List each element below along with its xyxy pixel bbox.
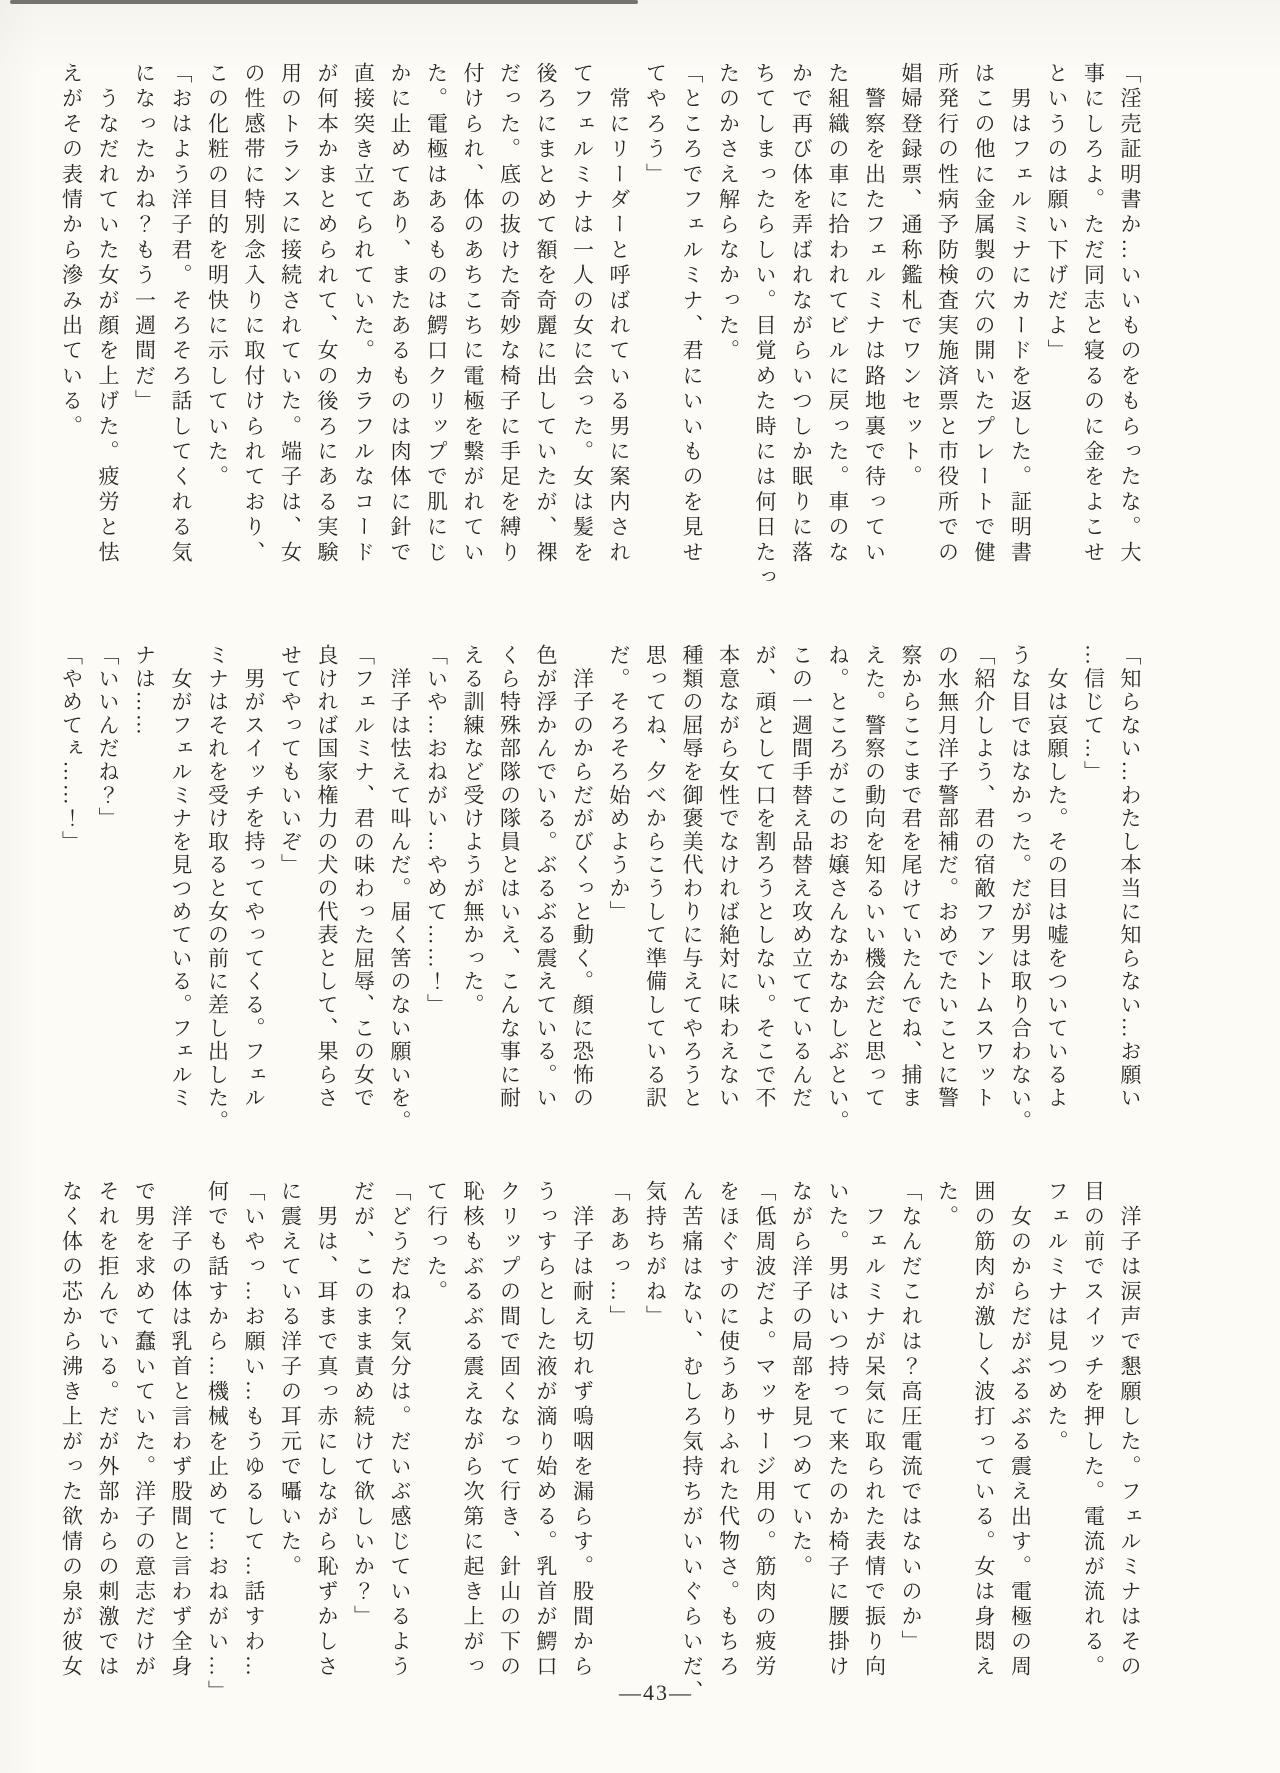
text-column: 囲の筋肉が激しく波打っている。女は身悶え: [966, 1180, 1003, 1706]
text-column: 女のからだがぶるぶる震え出す。電極の周: [1002, 1180, 1039, 1706]
text-column: 直接突き立てられていた。カラフルなコード: [345, 62, 382, 596]
text-column: いた。男はいつ持って来たのか椅子に腰掛け: [820, 1180, 857, 1706]
text-column: 男は、耳まで真っ赤にしながら恥ずかしさ: [309, 1180, 346, 1706]
text-column: えがその表情から滲み出ている。: [53, 62, 90, 596]
text-column: かで再び体を弄ばれながらいつしか眠りに落: [783, 62, 820, 596]
text-column: の性感帯に特別念入りに取付けられており、: [236, 62, 273, 596]
text-column: …信じて…」: [1075, 644, 1112, 1136]
text-column: てフェルミナは一人の女に会った。女は髪を: [564, 62, 601, 596]
text-column: ん苦痛はない、むしろ気持ちがいいぐらいだ、: [674, 1180, 711, 1706]
text-column: ながら洋子の局部を見つめていた。: [783, 1180, 820, 1706]
text-column: 男がスイッチを持ってやってくる。フェル: [236, 644, 273, 1136]
text-column: 良ければ国家権力の犬の代表として、果らさ: [309, 644, 346, 1136]
text-column: 洋子は怯えて叫んだ。届く筈のない願いを。: [382, 644, 419, 1136]
text-block-bottom: 洋子は涙声で懇願した。フェルミナはその目の前でスイッチを押した。電流が流れる。フ…: [52, 1180, 1148, 1706]
text-column: 何でも話すから…機械を止めて…おねがい…」: [199, 1180, 236, 1706]
text-column: が何本かまとめられて、女の後ろにある実験: [309, 62, 346, 596]
text-column: 所発行の性病予防検査実施済票と市役所での: [929, 62, 966, 596]
text-column: の水無月洋子警部補だ。おめでたいことに警: [929, 644, 966, 1136]
text-column: 洋子の体は乳首と言わず股間と言わず全身: [163, 1180, 200, 1706]
text-column: えた。警察の動向を知るいい機会だと思って: [856, 644, 893, 1136]
text-column: 察からここまで君を尾けていたんでね、捕ま: [893, 644, 930, 1136]
text-column: 洋子は涙声で懇願した。フェルミナはその: [1112, 1180, 1149, 1706]
text-column: てやろう」: [637, 62, 674, 596]
text-column: た組織の車に拾われてビルに戻った。車のな: [820, 62, 857, 596]
text-column: 「知らない…わたし本当に知らない…お願い: [1112, 644, 1149, 1136]
text-column: た。電極はあるものは鰐口クリップで肌にじ: [418, 62, 455, 596]
text-column: 常にリーダーと呼ばれている男に案内され: [601, 62, 638, 596]
text-column: 「いやっ…お願い…もうゆるして…話すわ…: [236, 1180, 273, 1706]
text-column: 用のトランスに接続されていた。端子は、女: [272, 62, 309, 596]
text-column: 気持ちがね」: [637, 1180, 674, 1706]
text-column: をほぐすのに使うありふれた代物さ。もちろ: [710, 1180, 747, 1706]
text-column: 「ああっ…」: [601, 1180, 638, 1706]
text-column: この一週間手替え品替え攻め立てているんだ: [783, 644, 820, 1136]
text-column: というのは願い下げだよ」: [1039, 62, 1076, 596]
text-column: うっすらとした液が滴り始める。乳首が鰐口: [528, 1180, 565, 1706]
text-column: 「やめてぇ……！」: [53, 644, 90, 1136]
text-column: て行った。: [418, 1180, 455, 1706]
text-column: クリップの間で固くなって行き、針山の下の: [491, 1180, 528, 1706]
text-column: 付けられ、体のあちこちに電極を繋がれてい: [455, 62, 492, 596]
text-column: に震えている洋子の耳元で囁いた。: [272, 1180, 309, 1706]
text-block-top: 「淫売証明書か…いいものをもらったな。大事にしろよ。ただ同志と寝るのに金をよこせ…: [52, 62, 1148, 596]
text-column: 男はフェルミナにカードを返した。証明書: [1002, 62, 1039, 596]
text-column: 「いいんだね？」: [90, 644, 127, 1136]
text-column: うなだれていた女が顔を上げた。疲労と怯: [90, 62, 127, 596]
text-column: 「おはよう洋子君。そろそろ話してくれる気: [163, 62, 200, 596]
page-number: ―43―: [560, 1680, 752, 1706]
text-column: 事にしろよ。ただ同志と寝るのに金をよこせ: [1075, 62, 1112, 596]
text-column: になったかね？もう一週間だ」: [126, 62, 163, 596]
text-column: える訓練など受けようが無かった。: [455, 644, 492, 1136]
text-column: 「フェルミナ、君の味わった屈辱、この女で: [345, 644, 382, 1136]
text-column: だ。そろそろ始めようか」: [601, 644, 638, 1136]
text-column: 本意ながら女性でなければ絶対に味わえない: [710, 644, 747, 1136]
scan-edge-artifact: [10, 0, 638, 4]
text-column: 洋子のからだがびくっと動く。顔に恐怖の: [564, 644, 601, 1136]
text-column: かに止めてあり、またあるものは肉体に針で: [382, 62, 419, 596]
text-column: フェルミナは見つめた。: [1039, 1180, 1076, 1706]
text-column: 女がフェルミナを見つめている。フェルミ: [163, 644, 200, 1136]
text-column: 「低周波だよ。マッサージ用の。筋肉の疲労: [747, 1180, 784, 1706]
text-column: 娼婦登録票、通称鑑札でワンセット。: [893, 62, 930, 596]
text-column: 思ってね、夕べからこうして準備している訳: [637, 644, 674, 1136]
text-column: 「なんだこれは？高圧電流ではないのか」: [893, 1180, 930, 1706]
text-column: 女は哀願した。その目は嘘をついているよ: [1039, 644, 1076, 1136]
text-column: 色が浮かんでいる。ぶるぶる震えている。い: [528, 644, 565, 1136]
text-column: くら特殊部隊の隊員とはいえ、こんな事に耐: [491, 644, 528, 1136]
scanned-book-page: 「淫売証明書か…いいものをもらったな。大事にしろよ。ただ同志と寝るのに金をよこせ…: [0, 0, 1280, 1773]
text-column: 「いや…おねがい…やめて……！」: [418, 644, 455, 1136]
text-column: だった。底の抜けた奇妙な椅子に手足を縛り: [491, 62, 528, 596]
text-column: ね。ところがこのお嬢さんなかなかしぶとい。: [820, 644, 857, 1136]
text-column: 「紹介しよう、君の宿敵ファントムスワット: [966, 644, 1003, 1136]
text-block-middle: 「知らない…わたし本当に知らない…お願い…信じて…」 女は哀願した。その目は嘘を…: [52, 644, 1148, 1136]
text-column: 後ろにまとめて額を奇麗に出していたが、裸: [528, 62, 565, 596]
text-column: はこの他に金属製の穴の開いたプレートで健: [966, 62, 1003, 596]
text-column: せてやってもいいぞ」: [272, 644, 309, 1136]
text-column: 目の前でスイッチを押した。電流が流れる。: [1075, 1180, 1112, 1706]
text-column: それを拒んでいる。だが外部からの刺激では: [90, 1180, 127, 1706]
text-column: 警察を出たフェルミナは路地裏で待ってい: [856, 62, 893, 596]
text-column: ナは……: [126, 644, 163, 1136]
text-column: だが、このまま責め続けて欲しいか？」: [345, 1180, 382, 1706]
text-column: ちてしまったらしい。目覚めた時には何日たっ: [747, 62, 784, 596]
text-column: たのかさえ解らなかった。: [710, 62, 747, 596]
text-column: た。: [929, 1180, 966, 1706]
text-column: 「どうだね？気分は。だいぶ感じているよう: [382, 1180, 419, 1706]
text-column: 恥核もぶるぶる震えながら次第に起き上がっ: [455, 1180, 492, 1706]
text-column: この化粧の目的を明快に示していた。: [199, 62, 236, 596]
text-column: 種類の屈辱を御褒美代わりに与えてやろうと: [674, 644, 711, 1136]
text-column: が、頑として口を割ろうとしない。そこで不: [747, 644, 784, 1136]
text-column: ミナはそれを受け取ると女の前に差し出した。: [199, 644, 236, 1136]
text-column: なく体の芯から沸き上がった欲情の泉が彼女: [53, 1180, 90, 1706]
text-column: うな目ではなかった。だが男は取り合わない。: [1002, 644, 1039, 1136]
text-column: 「淫売証明書か…いいものをもらったな。大: [1112, 62, 1149, 596]
text-column: で男を求めて蠢いていた。洋子の意志だけが: [126, 1180, 163, 1706]
text-column: 洋子は耐え切れず嗚咽を漏らす。股間から: [564, 1180, 601, 1706]
text-column: フェルミナが呆気に取られた表情で振り向: [856, 1180, 893, 1706]
text-column: 「ところでフェルミナ、君にいいものを見せ: [674, 62, 711, 596]
